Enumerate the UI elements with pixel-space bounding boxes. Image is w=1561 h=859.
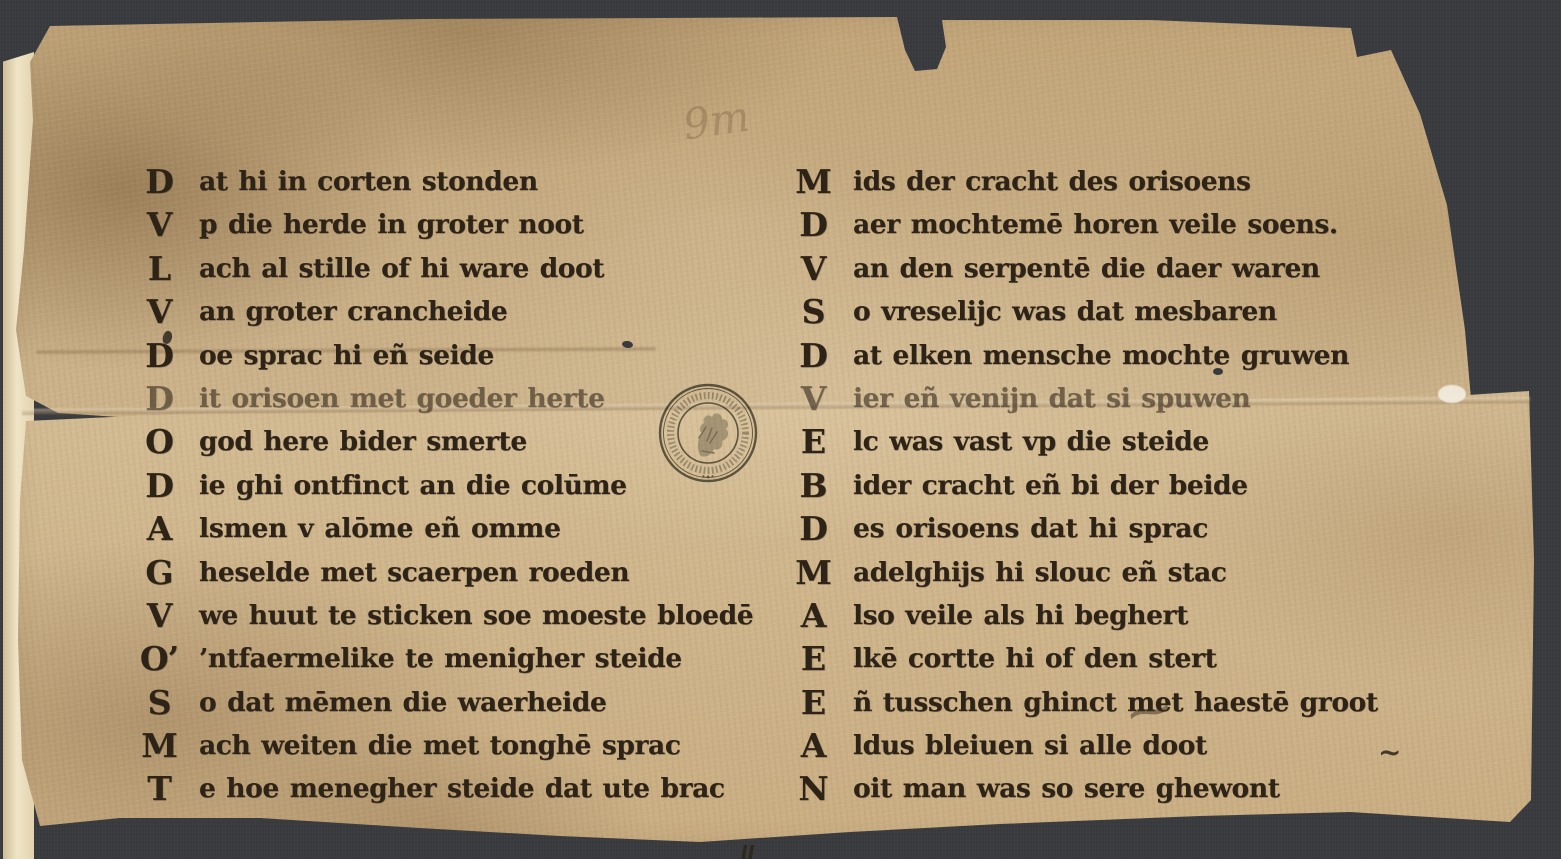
- photograph-background: 9m Dat hi in corten stondenVp die herde …: [0, 0, 1561, 859]
- versal-initial: D: [788, 206, 838, 243]
- verse-text: at elken mensche mochte gruwen: [853, 337, 1349, 374]
- verse-line: Lach al stille of hi ware doot: [134, 250, 814, 293]
- versal-initial: D: [788, 337, 838, 374]
- versal-initial: L: [134, 250, 184, 287]
- verse-line: So dat mēmen die waerheide: [134, 684, 814, 727]
- verse-text: ach weiten die met tonghē sprac: [199, 727, 681, 764]
- verse-line: Mach weiten die met tonghē sprac: [134, 727, 814, 770]
- verse-text: oe sprac hi eñ seide: [199, 337, 494, 374]
- versal-initial: E: [788, 640, 838, 677]
- verse-line: Elkē cortte hi of den stert: [788, 640, 1468, 683]
- verse-text: ñ tusschen ghinct met haestē groot: [853, 684, 1378, 721]
- versal-initial: O: [134, 423, 184, 460]
- versal-initial: S: [134, 684, 184, 721]
- verse-line: Also veile als hi beghert: [788, 597, 1468, 640]
- verse-line: O’’ntfaermelike te menigher steide: [134, 640, 814, 683]
- verse-text: ach al stille of hi ware doot: [199, 250, 604, 287]
- verse-line: Vwe huut te sticken soe moeste bloedē: [134, 597, 814, 640]
- verse-column-left: Dat hi in corten stondenVp die herde in …: [134, 163, 814, 814]
- verse-text: oit man was so sere ghewont: [853, 770, 1280, 807]
- verse-text: lc was vast vp die steide: [853, 423, 1209, 460]
- verse-text: lsmen v alōme eñ omme: [199, 510, 561, 547]
- verse-text: we huut te sticken soe moeste bloedē: [199, 597, 753, 634]
- library-stamp: [656, 381, 760, 485]
- verse-line: Dat elken mensche mochte gruwen: [788, 337, 1468, 380]
- verse-line: Alsmen v alōme eñ omme: [134, 510, 814, 553]
- verse-line: Vp die herde in groter noot: [134, 206, 814, 249]
- verse-text: o dat mēmen die waerheide: [199, 684, 606, 721]
- versal-initial: A: [134, 510, 184, 547]
- verse-line: Noit man was so sere ghewont: [788, 770, 1468, 813]
- verse-line: Doe sprac hi eñ seide: [134, 337, 814, 380]
- versal-initial: T: [134, 770, 184, 807]
- verse-text: aer mochtemē horen veile soens.: [853, 206, 1338, 243]
- verse-text: es orisoens dat hi sprac: [853, 510, 1208, 547]
- verse-line: Te hoe menegher steide dat ute brac: [134, 770, 814, 813]
- verse-text: ’ntfaermelike te menigher steide: [199, 640, 682, 677]
- verse-line: Daer mochtemē horen veile soens.: [788, 206, 1468, 249]
- verse-line: Van groter crancheide: [134, 293, 814, 336]
- versal-initial: B: [788, 467, 838, 504]
- verse-line: Gheselde met scaerpen roeden: [134, 554, 814, 597]
- versal-initial: D: [134, 163, 184, 200]
- versal-initial: E: [788, 684, 838, 721]
- verse-line: Mids der cracht des orisoens: [788, 163, 1468, 206]
- versal-initial: M: [134, 727, 184, 764]
- versal-initial: V: [788, 380, 838, 417]
- verse-line: Madelghijs hi slouc eñ stac: [788, 554, 1468, 597]
- verse-text: ier eñ venijn dat si spuwen: [853, 380, 1250, 417]
- verse-text: ider cracht eñ bi der beide: [853, 467, 1248, 504]
- verse-text: o vreselijc was dat mesbaren: [853, 293, 1277, 330]
- verse-text: ie ghi ontfinct an die colūme: [199, 467, 627, 504]
- lion-emblem: [698, 413, 728, 456]
- verse-line: Dat hi in corten stonden: [134, 163, 814, 206]
- versal-initial: M: [788, 163, 838, 200]
- versal-initial: N: [788, 770, 838, 807]
- cut-off-initial: [737, 845, 759, 859]
- library-stamp-graphic: [656, 381, 760, 485]
- verse-text: heselde met scaerpen roeden: [199, 554, 629, 591]
- verse-text: it orisoen met goeder herte: [199, 380, 605, 417]
- versal-initial: O’: [134, 640, 184, 677]
- verse-text: ids der cracht des orisoens: [853, 163, 1251, 200]
- verse-text: an den serpentē die daer waren: [853, 250, 1320, 287]
- verse-line: Van den serpentē die daer waren: [788, 250, 1468, 293]
- verse-text: lso veile als hi beghert: [853, 597, 1188, 634]
- verse-text: e hoe menegher steide dat ute brac: [199, 770, 725, 807]
- verse-line: Vier eñ venijn dat si spuwen: [788, 380, 1468, 423]
- versal-initial: A: [788, 727, 838, 764]
- versal-initial: D: [134, 337, 184, 374]
- faint-pencil-inscription: 9m: [680, 92, 753, 150]
- versal-initial: G: [134, 554, 184, 591]
- verse-line: So vreselijc was dat mesbaren: [788, 293, 1468, 336]
- versal-initial: V: [788, 250, 838, 287]
- verse-text: p die herde in groter noot: [199, 206, 584, 243]
- versal-initial: M: [788, 554, 838, 591]
- line-end-flourish: ⁓: [1124, 683, 1174, 739]
- verse-text: lkē cortte hi of den stert: [853, 640, 1216, 677]
- verse-text: at hi in corten stonden: [199, 163, 538, 200]
- versal-initial: D: [134, 467, 184, 504]
- verse-text: an groter crancheide: [199, 293, 507, 330]
- line-end-flourish: ~: [1378, 736, 1401, 769]
- versal-initial: V: [134, 293, 184, 330]
- versal-initial: V: [134, 206, 184, 243]
- versal-initial: V: [134, 597, 184, 634]
- verse-text: adelghijs hi slouc eñ stac: [853, 554, 1227, 591]
- verse-line: Des orisoens dat hi sprac: [788, 510, 1468, 553]
- versal-initial: S: [788, 293, 838, 330]
- versal-initial: E: [788, 423, 838, 460]
- verse-text: god here bider smerte: [199, 423, 527, 460]
- verse-line: Aldus bleiuen si alle doot: [788, 727, 1468, 770]
- verse-line: Bider cracht eñ bi der beide: [788, 467, 1468, 510]
- verse-line: Elc was vast vp die steide: [788, 423, 1468, 466]
- versal-initial: D: [134, 380, 184, 417]
- versal-initial: D: [788, 510, 838, 547]
- versal-initial: A: [788, 597, 838, 634]
